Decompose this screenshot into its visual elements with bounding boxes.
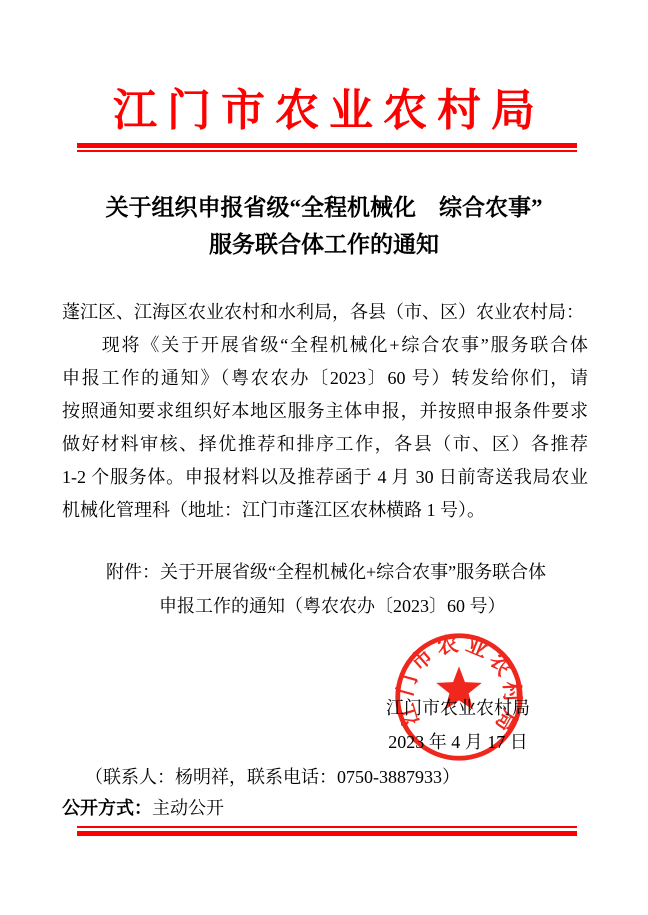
- body-line: 1-2 个服务体。申报材料以及推荐函于 4 月 30 日前寄送我局农业: [62, 461, 588, 494]
- contact-line: （联系人：杨明祥，联系电话：0750-3887933）: [85, 763, 460, 789]
- publicity-line: 公开方式：主动公开: [62, 794, 224, 820]
- publicity-value: 主动公开: [152, 798, 224, 818]
- document-title-line2: 服务联合体工作的通知: [0, 226, 648, 263]
- official-seal: 江门市农业农村局: [392, 630, 526, 764]
- letterhead-divider-thin-bar: [77, 150, 577, 152]
- attachment-section: 附件：关于开展省级“全程机械化+综合农事”服务联合体 申报工作的通知（粤农农办〔…: [62, 555, 588, 623]
- attachment-line2: 申报工作的通知（粤农农办〔2023〕60 号）: [62, 589, 588, 623]
- letterhead-divider: [77, 143, 577, 152]
- attachment-line1: 附件：关于开展省级“全程机械化+综合农事”服务联合体: [62, 555, 588, 589]
- publicity-label: 公开方式：: [62, 798, 152, 818]
- body-line: 做好材料审核、择优推荐和排序工作，各县（市、区）各推荐: [62, 428, 588, 461]
- salutation-line: 蓬江区、江海区农业农村和水利局，各县（市、区）农业农村局：: [62, 296, 588, 329]
- letterhead-org-name: 江门市农业农村局: [0, 74, 648, 138]
- seal-star-icon: [436, 666, 482, 709]
- official-document-page: 江门市农业农村局 关于组织申报省级“全程机械化 综合农事” 服务联合体工作的通知…: [0, 0, 648, 915]
- document-body: 蓬江区、江海区农业农村和水利局，各县（市、区）农业农村局： 现将《关于开展省级“…: [62, 296, 588, 527]
- body-line: 现将《关于开展省级“全程机械化+综合农事”服务联合体: [62, 329, 588, 362]
- document-title: 关于组织申报省级“全程机械化 综合农事” 服务联合体工作的通知: [0, 189, 648, 263]
- footer-divider-thick-bar: [77, 831, 577, 836]
- body-line: 申报工作的通知》（粤农农办〔2023〕60 号）转发给你们，请: [62, 362, 588, 395]
- letterhead-divider-thick-bar: [77, 143, 577, 148]
- footer-divider-thin-bar: [77, 826, 577, 828]
- footer-divider: [77, 826, 577, 836]
- document-title-line1: 关于组织申报省级“全程机械化 综合农事”: [0, 189, 648, 226]
- body-line: 按照通知要求组织好本地区服务主体申报，并按照申报条件要求: [62, 395, 588, 428]
- body-line: 机械化管理科（地址：江门市蓬江区农林横路 1 号）。: [62, 494, 588, 527]
